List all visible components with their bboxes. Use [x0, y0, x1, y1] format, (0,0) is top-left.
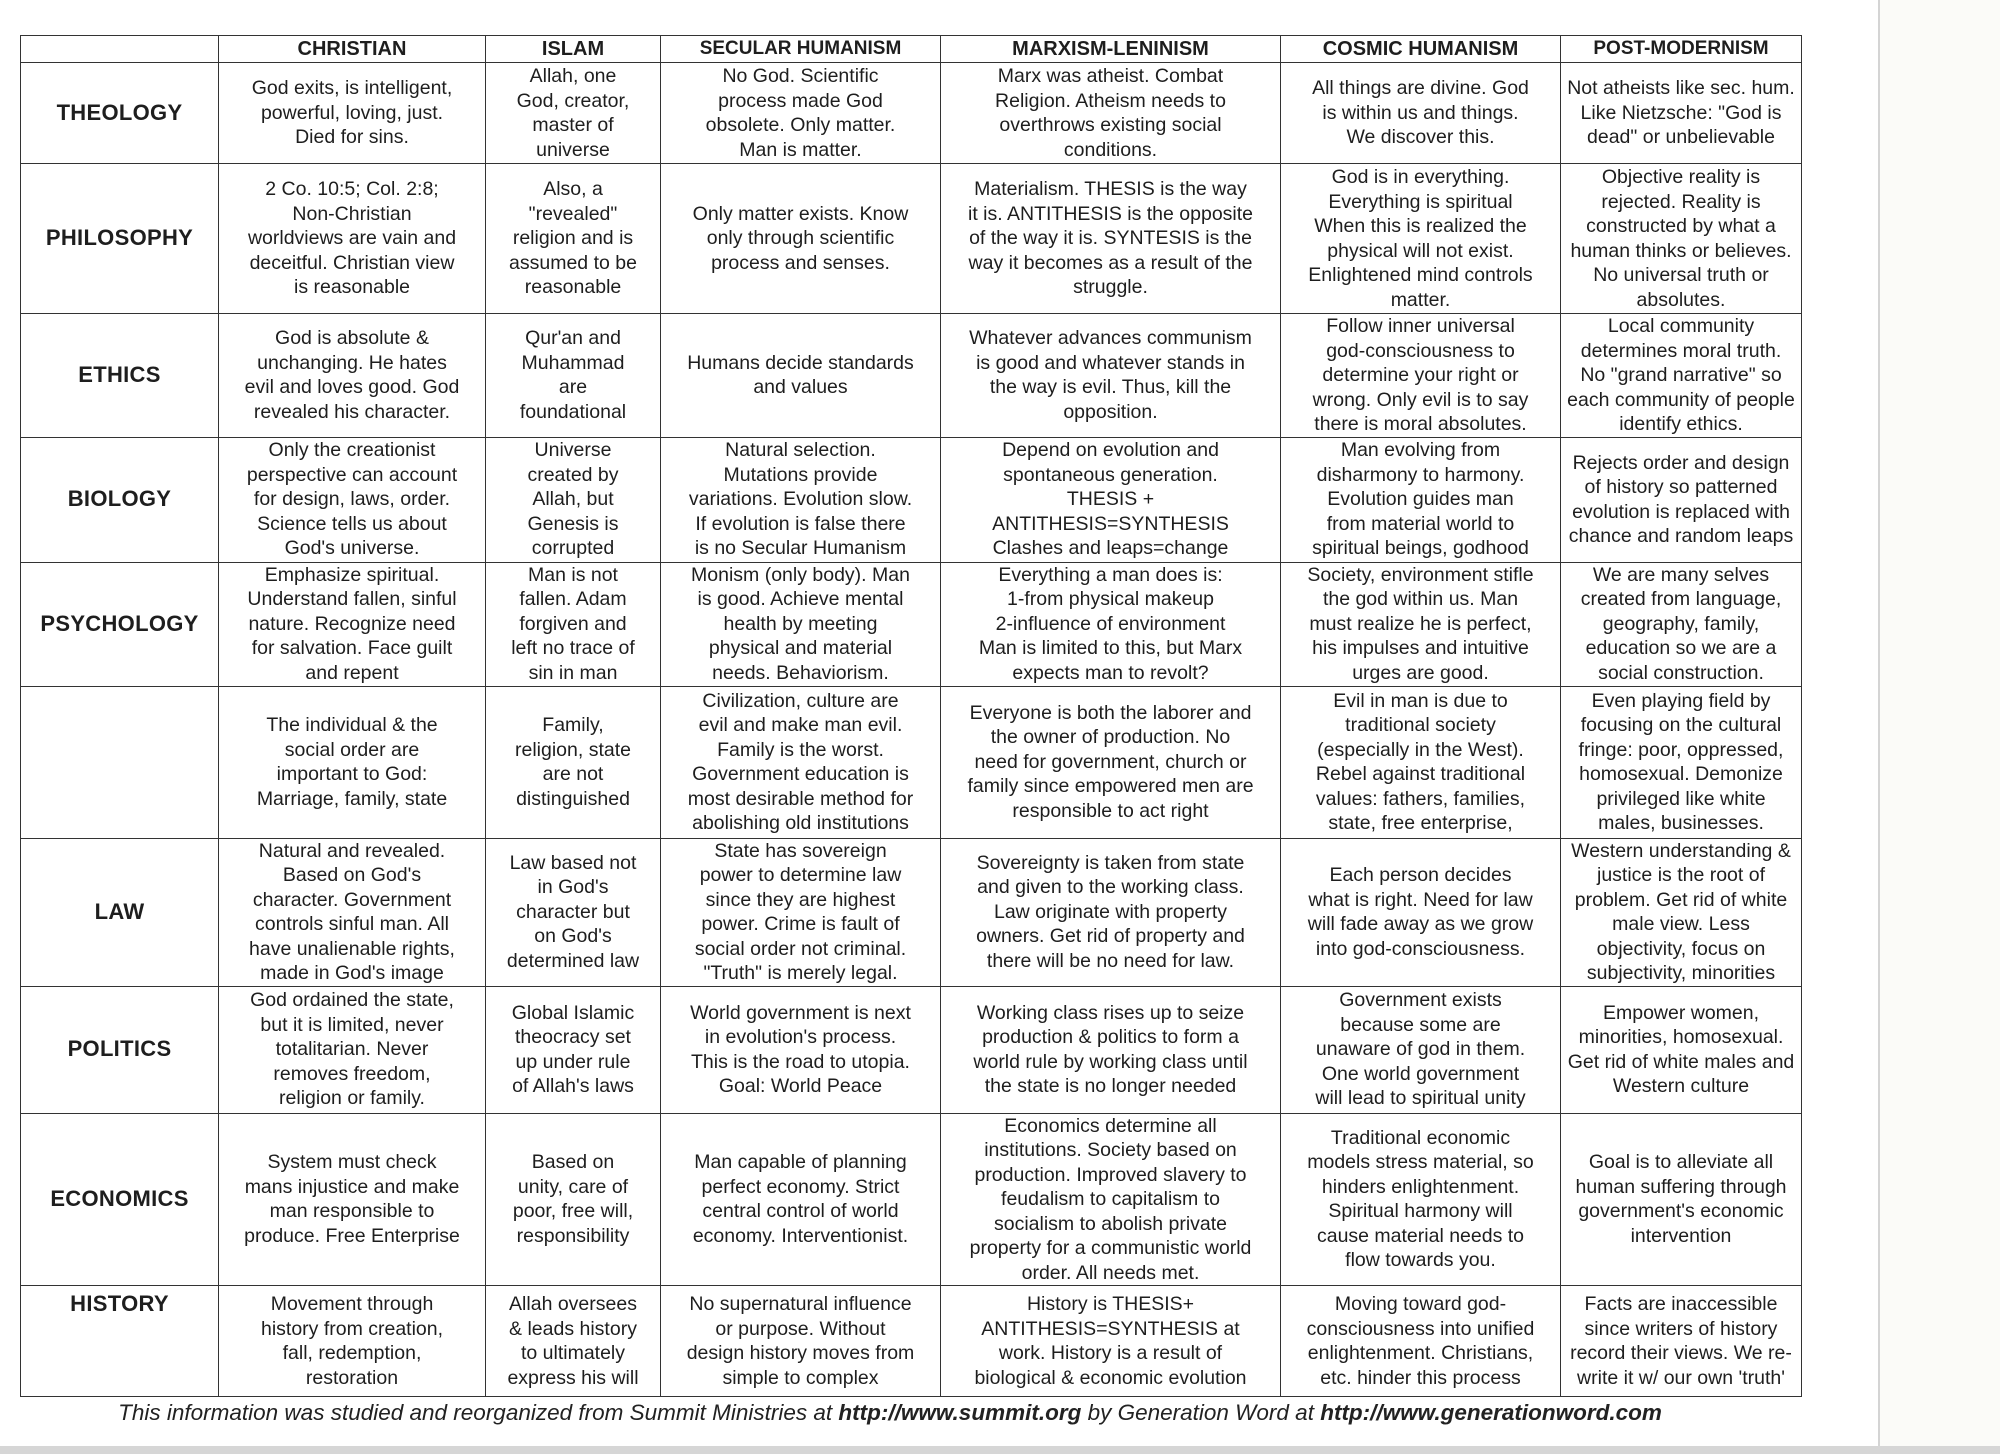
- cell-secular-humanism: Monism (only body). Man is good. Achieve…: [661, 562, 941, 686]
- cell-cosmic-humanism: Society, environment stifle the god with…: [1281, 562, 1561, 686]
- column-header-cosmic-humanism: COSMIC HUMANISM: [1281, 36, 1561, 63]
- cell-secular-humanism: World government is next in evolution's …: [661, 986, 941, 1113]
- table-row-politics: POLITICS God ordained the state, but it …: [21, 986, 1802, 1113]
- table-row-biology: BIOLOGY Only the creationist perspective…: [21, 437, 1802, 562]
- footer-text-2: by Generation Word at: [1081, 1400, 1320, 1425]
- row-label-psychology: PSYCHOLOGY: [21, 562, 219, 686]
- cell-christian: 2 Co. 10:5; Col. 2:8; Non-Christian worl…: [219, 164, 486, 314]
- cell-secular-humanism: Humans decide standards and values: [661, 314, 941, 438]
- cell-marxism-leninism: Marx was atheist. Combat Religion. Athei…: [941, 63, 1281, 164]
- cell-christian: Natural and revealed. Based on God's cha…: [219, 838, 486, 986]
- cell-post-modernism: We are many selves created from language…: [1561, 562, 1802, 686]
- cell-islam: Allah oversees & leads history to ultima…: [486, 1286, 661, 1397]
- table-row-theology: THEOLOGY God exits, is intelligent, powe…: [21, 63, 1802, 164]
- row-label-politics: POLITICS: [21, 986, 219, 1113]
- column-header-islam: ISLAM: [486, 36, 661, 63]
- cell-islam: Universe created by Allah, but Genesis i…: [486, 437, 661, 562]
- table-row-philosophy: PHILOSOPHY 2 Co. 10:5; Col. 2:8; Non-Chr…: [21, 164, 1802, 314]
- cell-cosmic-humanism: Traditional economic models stress mater…: [1281, 1113, 1561, 1286]
- cell-post-modernism: Local community determines moral truth. …: [1561, 314, 1802, 438]
- table-row-ethics: ETHICS God is absolute & unchanging. He …: [21, 314, 1802, 438]
- cell-christian: The individual & the social order are im…: [219, 686, 486, 838]
- cell-cosmic-humanism: Each person decides what is right. Need …: [1281, 838, 1561, 986]
- table-row-economics: ECONOMICS System must check mans injusti…: [21, 1113, 1802, 1286]
- column-header-marxism-leninism: MARXISM-LENINISM: [941, 36, 1281, 63]
- cell-post-modernism: Not atheists like sec. hum. Like Nietzsc…: [1561, 63, 1802, 164]
- header-row: CHRISTIAN ISLAM SECULAR HUMANISM MARXISM…: [21, 36, 1802, 63]
- cell-christian: God exits, is intelligent, powerful, lov…: [219, 63, 486, 164]
- column-header-post-modernism: POST-MODERNISM: [1561, 36, 1802, 63]
- cell-post-modernism: Facts are inaccessible since writers of …: [1561, 1286, 1802, 1397]
- cell-christian: Only the creationist perspective can acc…: [219, 437, 486, 562]
- cell-marxism-leninism: Materialism. THESIS is the way it is. AN…: [941, 164, 1281, 314]
- cell-cosmic-humanism: Follow inner universal god-consciousness…: [1281, 314, 1561, 438]
- cell-islam: Based on unity, care of poor, free will,…: [486, 1113, 661, 1286]
- cell-marxism-leninism: Everything a man does is: 1-from physica…: [941, 562, 1281, 686]
- cell-secular-humanism: No God. Scientific process made God obso…: [661, 63, 941, 164]
- column-header-secular-humanism: SECULAR HUMANISM: [661, 36, 941, 63]
- cell-christian: System must check mans injustice and mak…: [219, 1113, 486, 1286]
- cell-islam: Family, religion, state are not distingu…: [486, 686, 661, 838]
- cell-christian: Emphasize spiritual. Understand fallen, …: [219, 562, 486, 686]
- cell-marxism-leninism: History is THESIS+ ANTITHESIS=SYNTHESIS …: [941, 1286, 1281, 1397]
- cell-secular-humanism: No supernatural influence or purpose. Wi…: [661, 1286, 941, 1397]
- cell-islam: Law based not in God's character but on …: [486, 838, 661, 986]
- table-row-sociology: The individual & the social order are im…: [21, 686, 1802, 838]
- cell-christian: God ordained the state, but it is limite…: [219, 986, 486, 1113]
- table-row-history: HISTORY Movement through history from cr…: [21, 1286, 1802, 1397]
- cell-cosmic-humanism: All things are divine. God is within us …: [1281, 63, 1561, 164]
- row-label-law: LAW: [21, 838, 219, 986]
- row-label-unlabeled: [21, 686, 219, 838]
- scanned-bottom-edge: [0, 1446, 2000, 1454]
- row-label-philosophy: PHILOSOPHY: [21, 164, 219, 314]
- table-row-law: LAW Natural and revealed. Based on God's…: [21, 838, 1802, 986]
- cell-marxism-leninism: Everyone is both the laborer and the own…: [941, 686, 1281, 838]
- table-row-psychology: PSYCHOLOGY Emphasize spiritual. Understa…: [21, 562, 1802, 686]
- cell-marxism-leninism: Economics determine all institutions. So…: [941, 1113, 1281, 1286]
- cell-islam: Also, a "revealed" religion and is assum…: [486, 164, 661, 314]
- scanned-page-edge: [1878, 0, 2000, 1454]
- cell-post-modernism: Empower women, minorities, homosexual. G…: [1561, 986, 1802, 1113]
- summit-link[interactable]: http://www.summit.org: [838, 1400, 1081, 1425]
- cell-islam: Qur'an and Muhammad are foundational: [486, 314, 661, 438]
- cell-post-modernism: Objective reality is rejected. Reality i…: [1561, 164, 1802, 314]
- cell-cosmic-humanism: God is in everything. Everything is spir…: [1281, 164, 1561, 314]
- cell-marxism-leninism: Whatever advances communism is good and …: [941, 314, 1281, 438]
- cell-post-modernism: Goal is to alleviate all human suffering…: [1561, 1113, 1802, 1286]
- cell-marxism-leninism: Working class rises up to seize producti…: [941, 986, 1281, 1113]
- cell-christian: God is absolute & unchanging. He hates e…: [219, 314, 486, 438]
- cell-cosmic-humanism: Moving toward god- consciousness into un…: [1281, 1286, 1561, 1397]
- cell-islam: Global Islamic theocracy set up under ru…: [486, 986, 661, 1113]
- cell-cosmic-humanism: Man evolving from disharmony to harmony.…: [1281, 437, 1561, 562]
- cell-islam: Man is not fallen. Adam forgiven and lef…: [486, 562, 661, 686]
- row-label-theology: THEOLOGY: [21, 63, 219, 164]
- source-attribution-footer: This information was studied and reorgan…: [0, 1400, 1780, 1426]
- cell-secular-humanism: Only matter exists. Know only through sc…: [661, 164, 941, 314]
- worldview-comparison-table: CHRISTIAN ISLAM SECULAR HUMANISM MARXISM…: [20, 35, 1802, 1397]
- cell-marxism-leninism: Depend on evolution and spontaneous gene…: [941, 437, 1281, 562]
- cell-cosmic-humanism: Government exists because some are unawa…: [1281, 986, 1561, 1113]
- footer-text-1: This information was studied and reorgan…: [118, 1400, 838, 1425]
- row-label-biology: BIOLOGY: [21, 437, 219, 562]
- cell-secular-humanism: Man capable of planning perfect economy.…: [661, 1113, 941, 1286]
- generationword-link[interactable]: http://www.generationword.com: [1320, 1400, 1662, 1425]
- cell-marxism-leninism: Sovereignty is taken from state and give…: [941, 838, 1281, 986]
- cell-cosmic-humanism: Evil in man is due to traditional societ…: [1281, 686, 1561, 838]
- cell-islam: Allah, one God, creator, master of unive…: [486, 63, 661, 164]
- cell-christian: Movement through history from creation, …: [219, 1286, 486, 1397]
- row-label-ethics: ETHICS: [21, 314, 219, 438]
- cell-post-modernism: Western understanding & justice is the r…: [1561, 838, 1802, 986]
- cell-post-modernism: Rejects order and design of history so p…: [1561, 437, 1802, 562]
- column-header-christian: CHRISTIAN: [219, 36, 486, 63]
- cell-secular-humanism: Civilization, culture are evil and make …: [661, 686, 941, 838]
- cell-secular-humanism: Natural selection. Mutations provide var…: [661, 437, 941, 562]
- row-label-economics: ECONOMICS: [21, 1113, 219, 1286]
- cell-secular-humanism: State has sovereign power to determine l…: [661, 838, 941, 986]
- corner-header: [21, 36, 219, 63]
- row-label-history: HISTORY: [21, 1286, 219, 1397]
- cell-post-modernism: Even playing field by focusing on the cu…: [1561, 686, 1802, 838]
